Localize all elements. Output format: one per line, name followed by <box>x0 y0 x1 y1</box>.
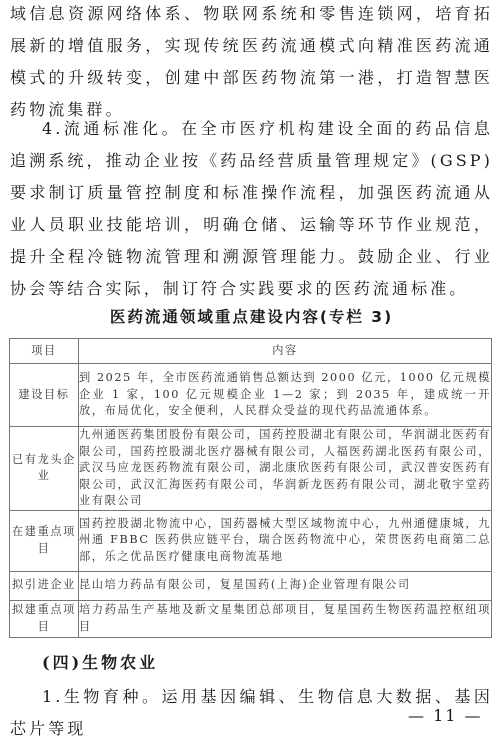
row-label: 在建重点项目 <box>10 510 79 571</box>
table-title: 医药流通领域重点建设内容(专栏 3) <box>0 305 503 327</box>
row-label: 拟建重点项目 <box>10 600 79 637</box>
row-label: 已有龙头企业 <box>10 427 79 511</box>
row-content: 到 2025 年，全市医药流通销售总额达到 2000 亿元，1000 亿元规模企… <box>79 364 492 427</box>
row-label: 建设目标 <box>10 364 79 427</box>
row-content: 培力药品生产基地及新文星集团总部项目，复星国药生物医药温控枢纽项目 <box>79 600 492 637</box>
row-label: 拟引进企业 <box>10 571 79 600</box>
paragraph-intro: 域信息资源网络体系、物联网系统和零售连锁网，培育拓展新的增值服务，实现传统医药流… <box>10 0 493 126</box>
header-content: 内容 <box>79 339 492 364</box>
row-content: 昆山培力药品有限公司，复星国药(上海)企业管理有限公司 <box>79 571 492 600</box>
table-row: 拟建重点项目 培力药品生产基地及新文星集团总部项目，复星国药生物医药温控枢纽项目 <box>10 600 492 637</box>
section-heading: (四)生物农业 <box>42 650 158 673</box>
page-number: — 11 — <box>408 706 483 725</box>
header-item: 项目 <box>10 339 79 364</box>
table-row: 拟引进企业 昆山培力药品有限公司，复星国药(上海)企业管理有限公司 <box>10 571 492 600</box>
row-content: 九州通医药集团股份有限公司，国药控股湖北有限公司，华润湖北医药有限公司，国药控股… <box>79 427 492 511</box>
table-header-row: 项目 内容 <box>10 339 492 364</box>
key-construction-table: 项目 内容 建设目标 到 2025 年，全市医药流通销售总额达到 2000 亿元… <box>9 338 492 638</box>
table-row: 已有龙头企业 九州通医药集团股份有限公司，国药控股湖北有限公司，华润湖北医药有限… <box>10 427 492 511</box>
table-row: 在建重点项目 国药控股湖北物流中心，国药器械大型区域物流中心，九州通健康城，九州… <box>10 510 492 571</box>
table-row: 建设目标 到 2025 年，全市医药流通销售总额达到 2000 亿元，1000 … <box>10 364 492 427</box>
row-content: 国药控股湖北物流中心，国药器械大型区域物流中心，九州通健康城，九州通 FBBC … <box>79 510 492 571</box>
paragraph-circulation-standardization: 4.流通标准化。在全市医疗机构建设全面的药品信息追溯系统，推动企业按《药品经营质… <box>10 113 493 305</box>
